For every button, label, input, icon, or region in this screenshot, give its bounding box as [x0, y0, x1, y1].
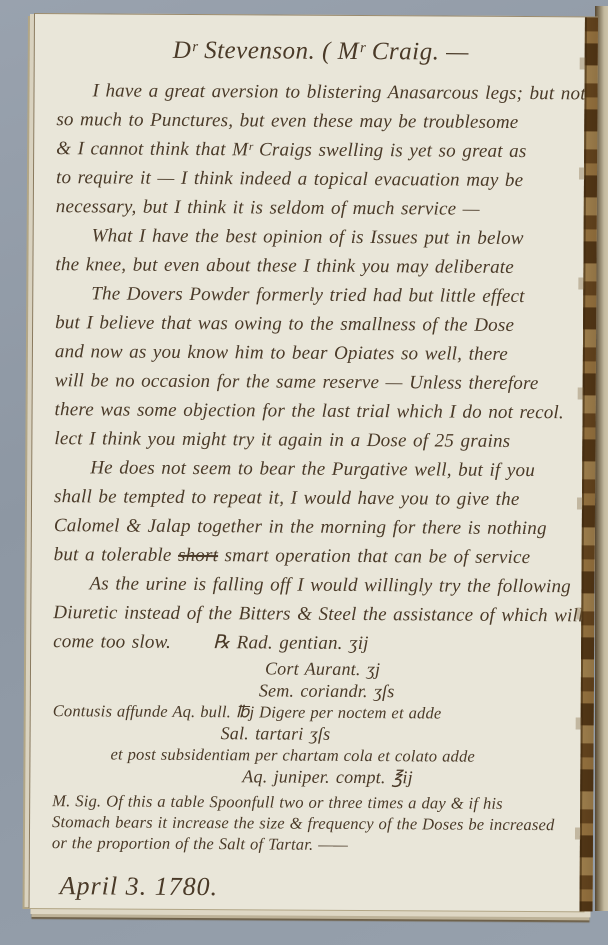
manuscript-line: the knee, but even about these I think y… [55, 250, 572, 282]
line-text: but a tolerable [54, 544, 178, 566]
line-text: smart operation that can be of service [218, 545, 530, 568]
recipe-instruction: et post subsidentiam per chartam cola et… [110, 743, 569, 767]
manuscript-line: and now as you know him to bear Opiates … [55, 337, 572, 369]
manuscript-line: shall be tempted to repeat it, I would h… [54, 482, 571, 514]
manuscript-line: What I have the best opinion of is Issue… [56, 221, 573, 253]
manuscript-line: I have a great aversion to blistering An… [56, 76, 573, 108]
manuscript-line-with-deletion: but a tolerable short smart operation th… [54, 540, 571, 572]
letter-heading: Dʳ Stevenson. ( Mʳ Craig. — [173, 31, 574, 73]
manuscript-line: will be no occasion for the same reserve… [55, 366, 572, 398]
manuscript-line: Diuretic instead of the Bitters & Steel … [53, 598, 570, 630]
dosage-direction: or the proportion of the Salt of Tartar.… [52, 832, 569, 856]
manuscript-line: & I cannot think that Mʳ Craigs swelling… [56, 134, 573, 166]
recipe-instruction: Contusis affunde Aq. bull. ℔j Digere per… [53, 700, 570, 724]
scan-background: Dʳ Stevenson. ( Mʳ Craig. — I have a gre… [0, 0, 608, 945]
letter-date: April 3. 1780. [60, 869, 569, 906]
manuscript-line: but I believe that was owing to the smal… [55, 308, 572, 340]
manuscript-line: lect I think you might try it again in a… [54, 424, 571, 456]
manuscript-line: Calomel & Jalap together in the morning … [54, 511, 571, 543]
manuscript-line: necessary, but I think it is seldom of m… [56, 192, 573, 224]
recipe-ingredient: Aq. juniper. compt. ℥ij [242, 765, 569, 789]
manuscript-line: He does not seem to bear the Purgative w… [54, 453, 571, 485]
rx-symbol-line: ℞ Rad. gentian. ʒij [213, 628, 369, 658]
manuscript-line: so much to Punctures, but even these may… [56, 105, 573, 137]
prescription-start-line: come too slow.℞ Rad. gentian. ʒij [53, 627, 570, 659]
manuscript-line: The Dovers Powder formerly tried had but… [55, 279, 572, 311]
manuscript-line: to require it — I think indeed a topical… [56, 163, 573, 195]
recipe-ingredient: Sem. coriandr. ʒſs [259, 679, 570, 703]
letter-body: Dʳ Stevenson. ( Mʳ Craig. — I have a gre… [30, 14, 584, 911]
manuscript-line: As the urine is falling off I would will… [53, 569, 570, 601]
line-text: come too slow. [53, 627, 171, 657]
recipe-ingredient: Cort Aurant. ʒj [265, 657, 570, 681]
manuscript-line: there was some objection for the last tr… [54, 395, 571, 427]
manuscript-page: Dʳ Stevenson. ( Mʳ Craig. — I have a gre… [29, 13, 598, 911]
recipe-ingredient: Sal. tartari ʒſs [221, 722, 570, 746]
struck-word: short [178, 545, 218, 566]
